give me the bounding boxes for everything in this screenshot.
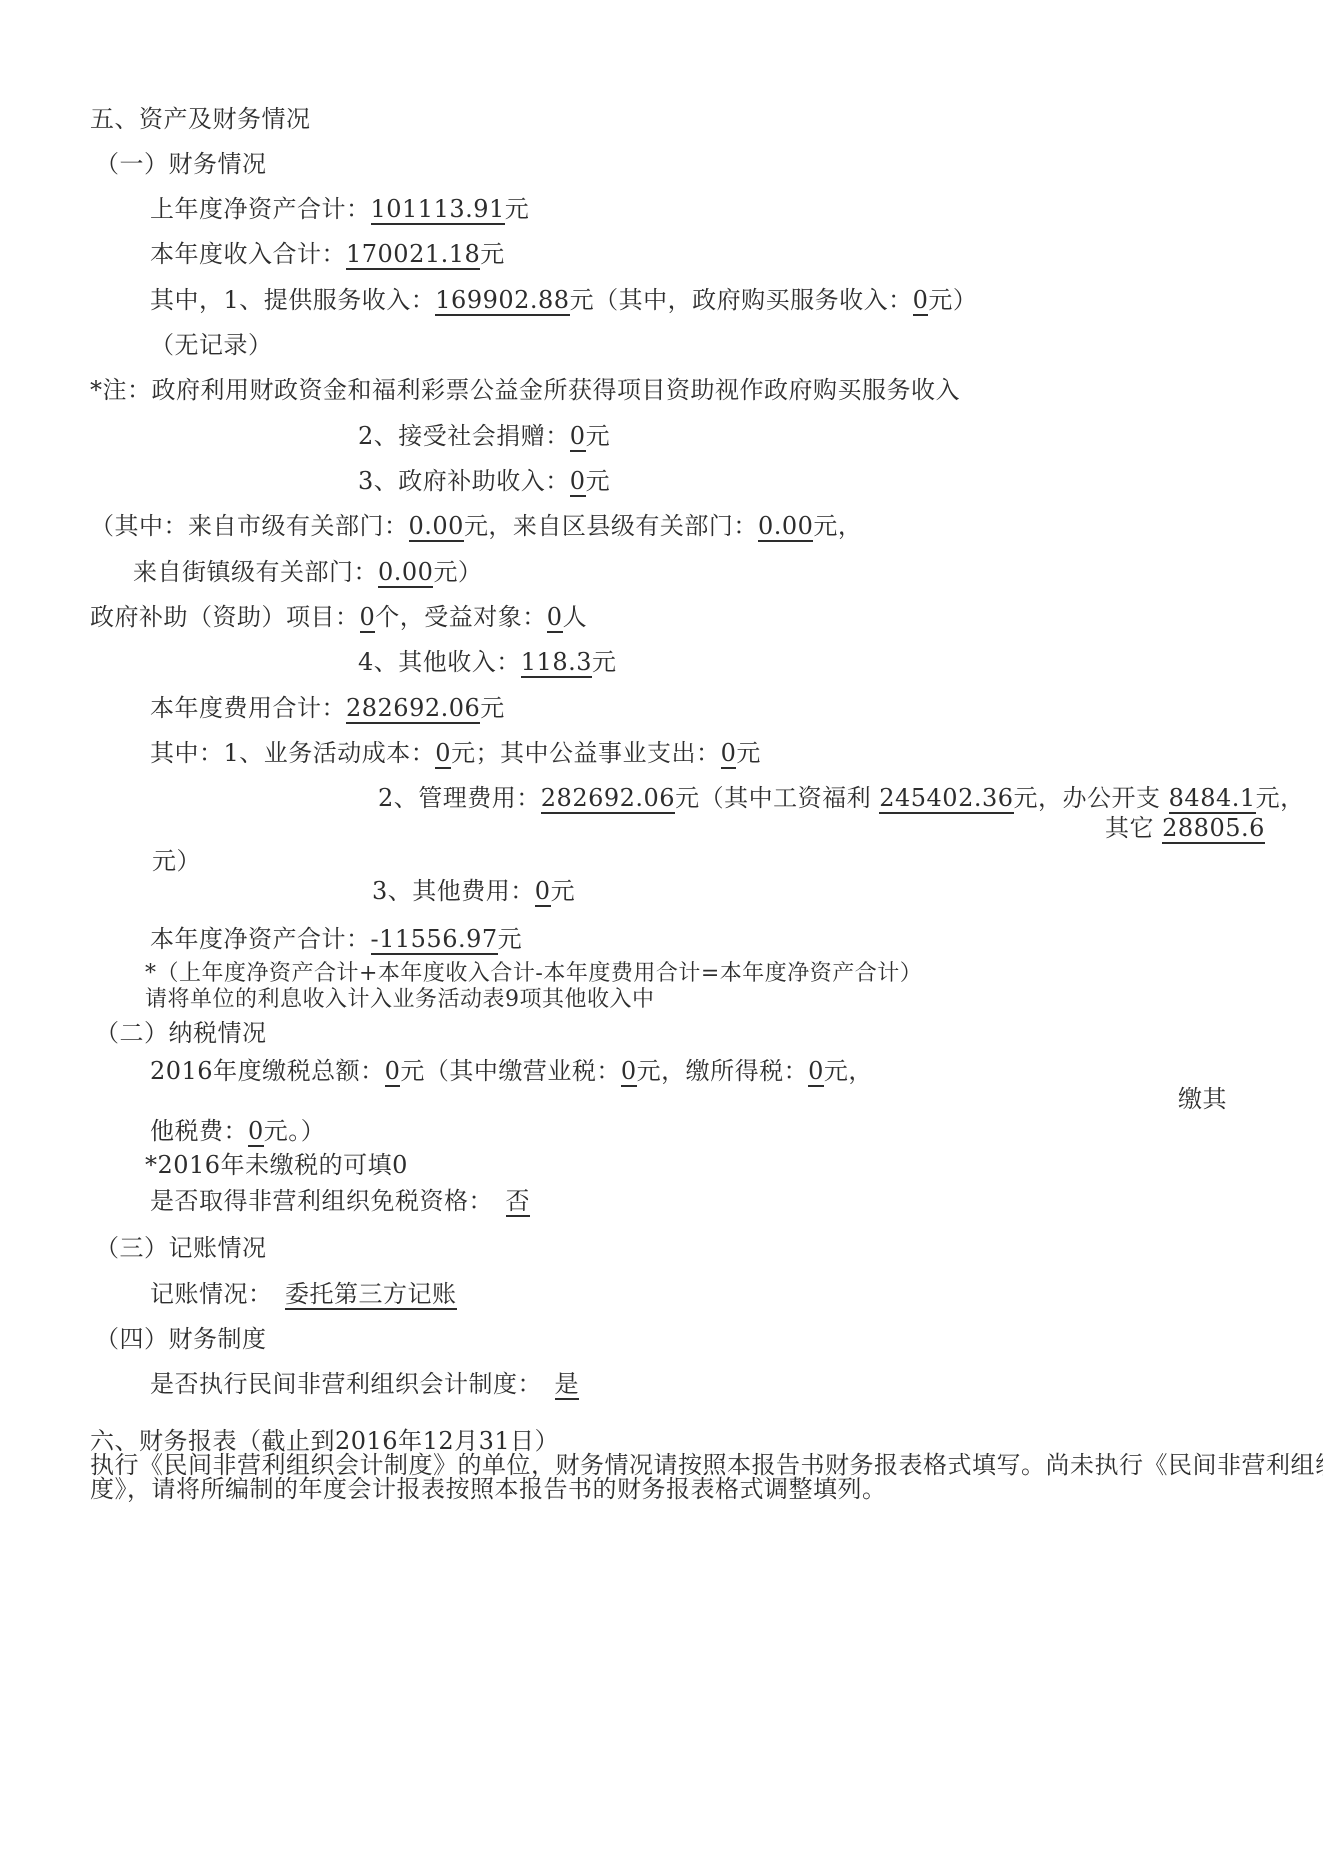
- management-expense-line: 2、管理费用：282692.06元（其中工资福利 245402.36元，办公开支…: [378, 785, 1305, 811]
- field-value: 0: [621, 1057, 637, 1087]
- field-label: 2016年度缴税总额：: [150, 1057, 385, 1085]
- field-label: 来自街镇级有关部门：: [133, 558, 378, 586]
- field-value: 169902.88: [435, 286, 569, 316]
- field-label: 是否执行民间非营利组织会计制度：: [150, 1370, 555, 1398]
- statement-paragraph-line2: 度》，请将所编制的年度会计报表按照本报告书的财务报表格式调整填列。: [90, 1476, 887, 1502]
- social-donation-line: 2、接受社会捐赠：0元: [358, 423, 610, 449]
- gov-subsidy-income-line: 3、政府补助收入：0元: [358, 468, 610, 494]
- field-value: 委托第三方记账: [285, 1280, 457, 1310]
- field-label: 元，缴所得税：: [637, 1057, 809, 1085]
- field-label: 元（其中工资福利: [675, 784, 879, 812]
- field-value: 是: [555, 1370, 580, 1400]
- section5-heading: 五、资产及财务情况: [90, 106, 311, 132]
- note-gov-funding-line: *注：政府利用财政资金和福利彩票公益金所获得项目资助视作政府购买服务收入: [90, 377, 960, 403]
- field-value: 否: [506, 1187, 531, 1217]
- subsidy-projects-line: 政府补助（资助）项目：0个，受益对象：0人: [90, 604, 587, 630]
- heading-text: （二）纳税情况: [95, 1019, 267, 1047]
- management-expense-other-line: 其它 28805.6: [1105, 815, 1265, 841]
- unit-label: 元）: [928, 286, 977, 314]
- field-label: 元，办公开支: [1014, 784, 1169, 812]
- field-value: 282692.06: [541, 784, 675, 814]
- unit-label: 元: [498, 925, 523, 953]
- field-value: 101113.91: [371, 195, 505, 225]
- heading-text: （一）财务情况: [95, 150, 267, 178]
- unit-label: 元）: [152, 847, 201, 875]
- business-activity-cost-line: 其中：1、业务活动成本：0元；其中公益事业支出：0元: [150, 740, 761, 766]
- field-label: 2、管理费用：: [378, 784, 541, 812]
- field-value: 0: [913, 286, 929, 316]
- wrap-text: 缴其: [1178, 1085, 1227, 1113]
- field-label: 元（其中缴营业税：: [400, 1057, 621, 1085]
- heading-text: （四）财务制度: [95, 1325, 267, 1353]
- field-label: 个，受益对象：: [375, 603, 547, 631]
- paragraph-text: 度》，请将所编制的年度会计报表按照本报告书的财务报表格式调整填列。: [90, 1475, 887, 1503]
- unit-label: 元: [586, 422, 611, 450]
- field-label: 3、政府补助收入：: [358, 467, 570, 495]
- field-label: 其中，1、提供服务收入：: [150, 286, 435, 314]
- tax-note-line: *2016年未缴税的可填0: [145, 1152, 408, 1178]
- subsection2-heading: （二）纳税情况: [95, 1020, 267, 1046]
- field-value: 0: [721, 739, 737, 769]
- interest-note-line: 请将单位的利息收入计入业务活动表9项其他收入中: [145, 988, 655, 1012]
- field-value: 0: [808, 1057, 824, 1087]
- field-label: 元，: [1256, 784, 1305, 812]
- field-label: 元；其中公益事业支出：: [451, 739, 721, 767]
- tax-exempt-status-line: 是否取得非营利组织免税资格： 否: [150, 1188, 530, 1214]
- prev-year-net-assets-line: 上年度净资产合计：101113.91元: [150, 196, 529, 222]
- note-text: 请将单位的利息收入计入业务活动表9项其他收入中: [145, 987, 655, 1012]
- tax-total-line: 2016年度缴税总额：0元（其中缴营业税：0元，缴所得税：0元，: [150, 1058, 873, 1084]
- other-income-line: 4、其他收入：118.3元: [358, 649, 617, 675]
- field-value: 0: [385, 1057, 401, 1087]
- field-label: 政府补助（资助）项目：: [90, 603, 360, 631]
- bookkeeping-status-line: 记账情况： 委托第三方记账: [150, 1281, 457, 1307]
- field-value: 0: [360, 603, 376, 633]
- other-expense-line: 3、其他费用：0元: [372, 878, 575, 904]
- field-value: 245402.36: [879, 784, 1013, 814]
- unit-label: 元: [592, 648, 617, 676]
- unit-label: 元: [505, 195, 530, 223]
- field-value: 170021.18: [346, 240, 480, 270]
- current-year-income-line: 本年度收入合计：170021.18元: [150, 241, 505, 267]
- field-value: 0: [547, 603, 563, 633]
- unit-label: 人: [563, 603, 588, 631]
- field-value: 0.00: [409, 512, 464, 542]
- field-label: 本年度收入合计：: [150, 240, 346, 268]
- subsidy-source-street-line: 来自街镇级有关部门：0.00元）: [133, 559, 482, 585]
- field-value: 0: [570, 422, 586, 452]
- field-label: 其中：1、业务活动成本：: [150, 739, 435, 767]
- field-value: 282692.06: [346, 694, 480, 724]
- field-label: 4、其他收入：: [358, 648, 521, 676]
- subsection1-heading: （一）财务情况: [95, 151, 267, 177]
- field-label: 记账情况：: [150, 1280, 285, 1308]
- unit-label: 元）: [433, 558, 482, 586]
- subsidy-source-city-line: （其中：来自市级有关部门：0.00元，来自区县级有关部门：0.00元，: [90, 513, 862, 539]
- field-label: 其它: [1105, 814, 1162, 842]
- field-value: -11556.97: [371, 925, 498, 955]
- tax-line-wrap: 缴其: [1178, 1086, 1227, 1112]
- note-text: *注：政府利用财政资金和福利彩票公益金所获得项目资助视作政府购买服务收入: [90, 376, 960, 404]
- field-value: 118.3: [521, 648, 592, 678]
- expense-total-line: 本年度费用合计：282692.06元: [150, 695, 505, 721]
- current-year-net-assets-line: 本年度净资产合计：-11556.97元: [150, 926, 522, 952]
- heading-text: 五、资产及财务情况: [90, 105, 311, 133]
- field-label: 是否取得非营利组织免税资格：: [150, 1187, 506, 1215]
- unit-label: 元。）: [264, 1117, 326, 1145]
- field-label: 元（其中，政府购买服务收入：: [570, 286, 913, 314]
- field-value: 0: [535, 877, 551, 907]
- unit-label: 元: [480, 694, 505, 722]
- subsection3-heading: （三）记账情况: [95, 1235, 267, 1261]
- field-label: 本年度费用合计：: [150, 694, 346, 722]
- management-expense-wrap-line: 元）: [152, 848, 201, 874]
- field-label: 上年度净资产合计：: [150, 195, 371, 223]
- no-record-line: （无记录）: [150, 332, 273, 358]
- heading-text: （三）记账情况: [95, 1234, 267, 1262]
- static-text: （无记录）: [150, 331, 273, 359]
- note-text: *2016年未缴税的可填0: [145, 1151, 408, 1179]
- field-value: 0: [570, 467, 586, 497]
- field-label: 元，: [824, 1057, 873, 1085]
- field-label: 元，来自区县级有关部门：: [464, 512, 758, 540]
- tax-other-fees-line: 他税费：0元。）: [150, 1118, 325, 1144]
- field-value: 0: [435, 739, 451, 769]
- report-page: 五、资产及财务情况 （一）财务情况 上年度净资产合计：101113.91元 本年…: [0, 0, 1323, 1871]
- field-label: 本年度净资产合计：: [150, 925, 371, 953]
- service-income-line: 其中，1、提供服务收入：169902.88元（其中，政府购买服务收入：0元）: [150, 287, 977, 313]
- field-label: 他税费：: [150, 1117, 248, 1145]
- field-label: 3、其他费用：: [372, 877, 535, 905]
- unit-label: 元: [551, 877, 576, 905]
- field-label: 元，: [813, 512, 862, 540]
- subsection4-heading: （四）财务制度: [95, 1326, 267, 1352]
- field-label: 2、接受社会捐赠：: [358, 422, 570, 450]
- field-label: （其中：来自市级有关部门：: [90, 512, 409, 540]
- field-value: 28805.6: [1162, 814, 1265, 844]
- field-value: 0: [248, 1117, 264, 1147]
- formula-note-line: *（上年度净资产合计+本年度收入合计-本年度费用合计=本年度净资产合计）: [145, 962, 922, 986]
- note-text: *（上年度净资产合计+本年度收入合计-本年度费用合计=本年度净资产合计）: [145, 961, 922, 986]
- accounting-system-status-line: 是否执行民间非营利组织会计制度： 是: [150, 1371, 579, 1397]
- field-value: 0.00: [758, 512, 813, 542]
- unit-label: 元: [586, 467, 611, 495]
- field-value: 0.00: [378, 558, 433, 588]
- unit-label: 元: [480, 240, 505, 268]
- field-value: 8484.1: [1169, 784, 1256, 814]
- unit-label: 元: [736, 739, 761, 767]
